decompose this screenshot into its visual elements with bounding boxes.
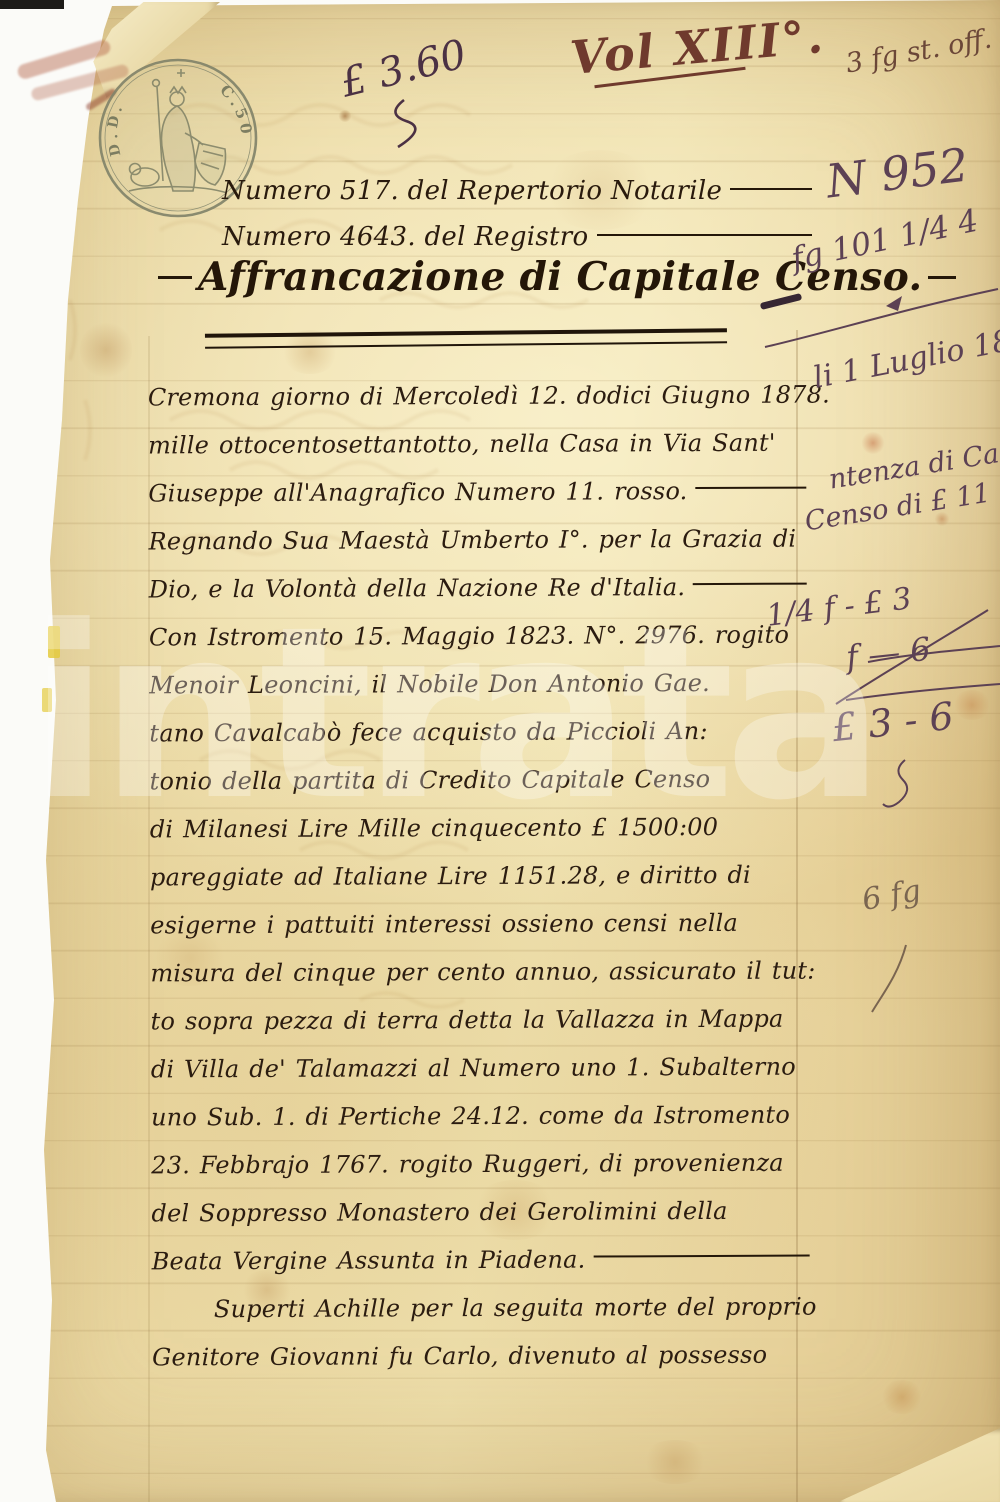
manuscript-line-text: Cremona giorno di Mercoledì 12. dodici G…	[148, 370, 830, 421]
manuscript-line: to sopra pezza di terra detta la Vallazz…	[151, 995, 809, 1046]
manuscript-line: Genitore Giovanni fu Carlo, divenuto al …	[152, 1331, 810, 1382]
document-photo: C.50 D.D. £ 3.60 Vol XIII°. 3 fg st. off…	[0, 0, 1000, 1502]
manuscript-line-text: del Soppresso Monastero dei Gerolimini d…	[151, 1187, 727, 1238]
manuscript-line-text: di Milanesi Lire Mille cinquecento £ 150…	[150, 803, 719, 853]
manuscript-line-text: mille ottocentosettantotto, nella Casa i…	[148, 419, 776, 470]
scan-edge	[0, 0, 64, 9]
manuscript-line: esigerne i pattuiti interessi ossieno ce…	[150, 899, 808, 950]
manuscript-line: misura del cinque per cento annuo, assic…	[150, 947, 808, 998]
line-filler	[695, 487, 806, 489]
line-filler	[593, 1255, 809, 1258]
manuscript-line: Menoir Leoncini, il Nobile Don Antonio G…	[149, 659, 807, 710]
manuscript-line: tano Cavalcabò fece acquisto da Piccioli…	[149, 707, 807, 758]
repertorio-line: Numero 517. del Repertorio Notarile	[222, 168, 812, 214]
manuscript-line-text: tano Cavalcabò fece acquisto da Piccioli…	[149, 707, 708, 757]
yellow-residue	[42, 688, 52, 712]
manuscript-line-text: misura del cinque per cento annuo, assic…	[150, 947, 815, 998]
manuscript-line-text: Con Istromento 15. Maggio 1823. N°. 2976…	[149, 611, 789, 662]
deed-title: Affrancazione di Capitale Censo.	[158, 254, 808, 300]
yellow-residue	[48, 626, 60, 658]
manuscript-line-text: uno Sub. 1. di Pertiche 24.12. come da I…	[151, 1091, 790, 1142]
manuscript-line-text: Superti Achille per la seguita morte del…	[214, 1283, 817, 1334]
manuscript-line: Cremona giorno di Mercoledì 12. dodici G…	[148, 371, 806, 422]
manuscript-line: del Soppresso Monastero dei Gerolimini d…	[151, 1187, 809, 1238]
manuscript-line: di Milanesi Lire Mille cinquecento £ 150…	[150, 803, 808, 854]
manuscript-line: mille ottocentosettantotto, nella Casa i…	[148, 419, 806, 470]
manuscript-line-text: di Villa de' Talamazzi al Numero uno 1. …	[151, 1043, 796, 1094]
manuscript-line-text: Genitore Giovanni fu Carlo, divenuto al …	[152, 1331, 767, 1382]
manuscript-line-text: Beata Vergine Assunta in Piadena.	[152, 1236, 586, 1286]
manuscript-body: Cremona giorno di Mercoledì 12. dodici G…	[148, 371, 810, 1382]
manuscript-line: di Villa de' Talamazzi al Numero uno 1. …	[151, 1043, 809, 1094]
manuscript-line: Beata Vergine Assunta in Piadena.	[152, 1235, 810, 1286]
document-header: Numero 517. del Repertorio Notarile Nume…	[222, 168, 812, 260]
manuscript-line: Con Istromento 15. Maggio 1823. N°. 2976…	[149, 611, 807, 662]
manuscript-line-text: to sopra pezza di terra detta la Vallazz…	[151, 995, 784, 1046]
manuscript-line-text: esigerne i pattuiti interessi ossieno ce…	[150, 899, 738, 950]
manuscript-line: Dio, e la Volontà della Nazione Re d'Ita…	[149, 563, 807, 614]
manuscript-line-text: Regnando Sua Maestà Umberto I°. per la G…	[148, 515, 796, 566]
line-filler	[597, 234, 813, 236]
line-filler	[693, 583, 807, 585]
manuscript-line: Giuseppe all'Anagrafico Numero 11. rosso…	[148, 467, 806, 518]
manuscript-line: uno Sub. 1. di Pertiche 24.12. come da I…	[151, 1091, 809, 1142]
repertorio-text: Numero 517. del Repertorio Notarile	[222, 168, 722, 214]
line-filler	[928, 276, 956, 279]
manuscript-line: tonio della partita di Credito Capitale …	[149, 755, 807, 806]
manuscript-line-text: Menoir Leoncini, il Nobile Don Antonio G…	[149, 659, 710, 709]
manuscript-line: pareggiate ad Italiane Lire 1151.28, e d…	[150, 851, 808, 902]
line-filler	[730, 188, 812, 190]
manuscript-line: Superti Achille per la seguita morte del…	[152, 1283, 810, 1334]
manuscript-line-text: 23. Febbrajo 1767. rogito Ruggeri, di pr…	[151, 1139, 784, 1190]
manuscript-line-text: tonio della partita di Credito Capitale …	[149, 755, 710, 805]
manuscript-line: 23. Febbrajo 1767. rogito Ruggeri, di pr…	[151, 1139, 809, 1190]
manuscript-line-text: Giuseppe all'Anagrafico Numero 11. rosso…	[148, 467, 687, 517]
title-lead-dash	[158, 276, 192, 279]
manuscript-line: Regnando Sua Maestà Umberto I°. per la G…	[148, 515, 806, 566]
manuscript-line-text: Dio, e la Volontà della Nazione Re d'Ita…	[149, 563, 686, 613]
manuscript-line-text: pareggiate ad Italiane Lire 1151.28, e d…	[150, 851, 751, 902]
